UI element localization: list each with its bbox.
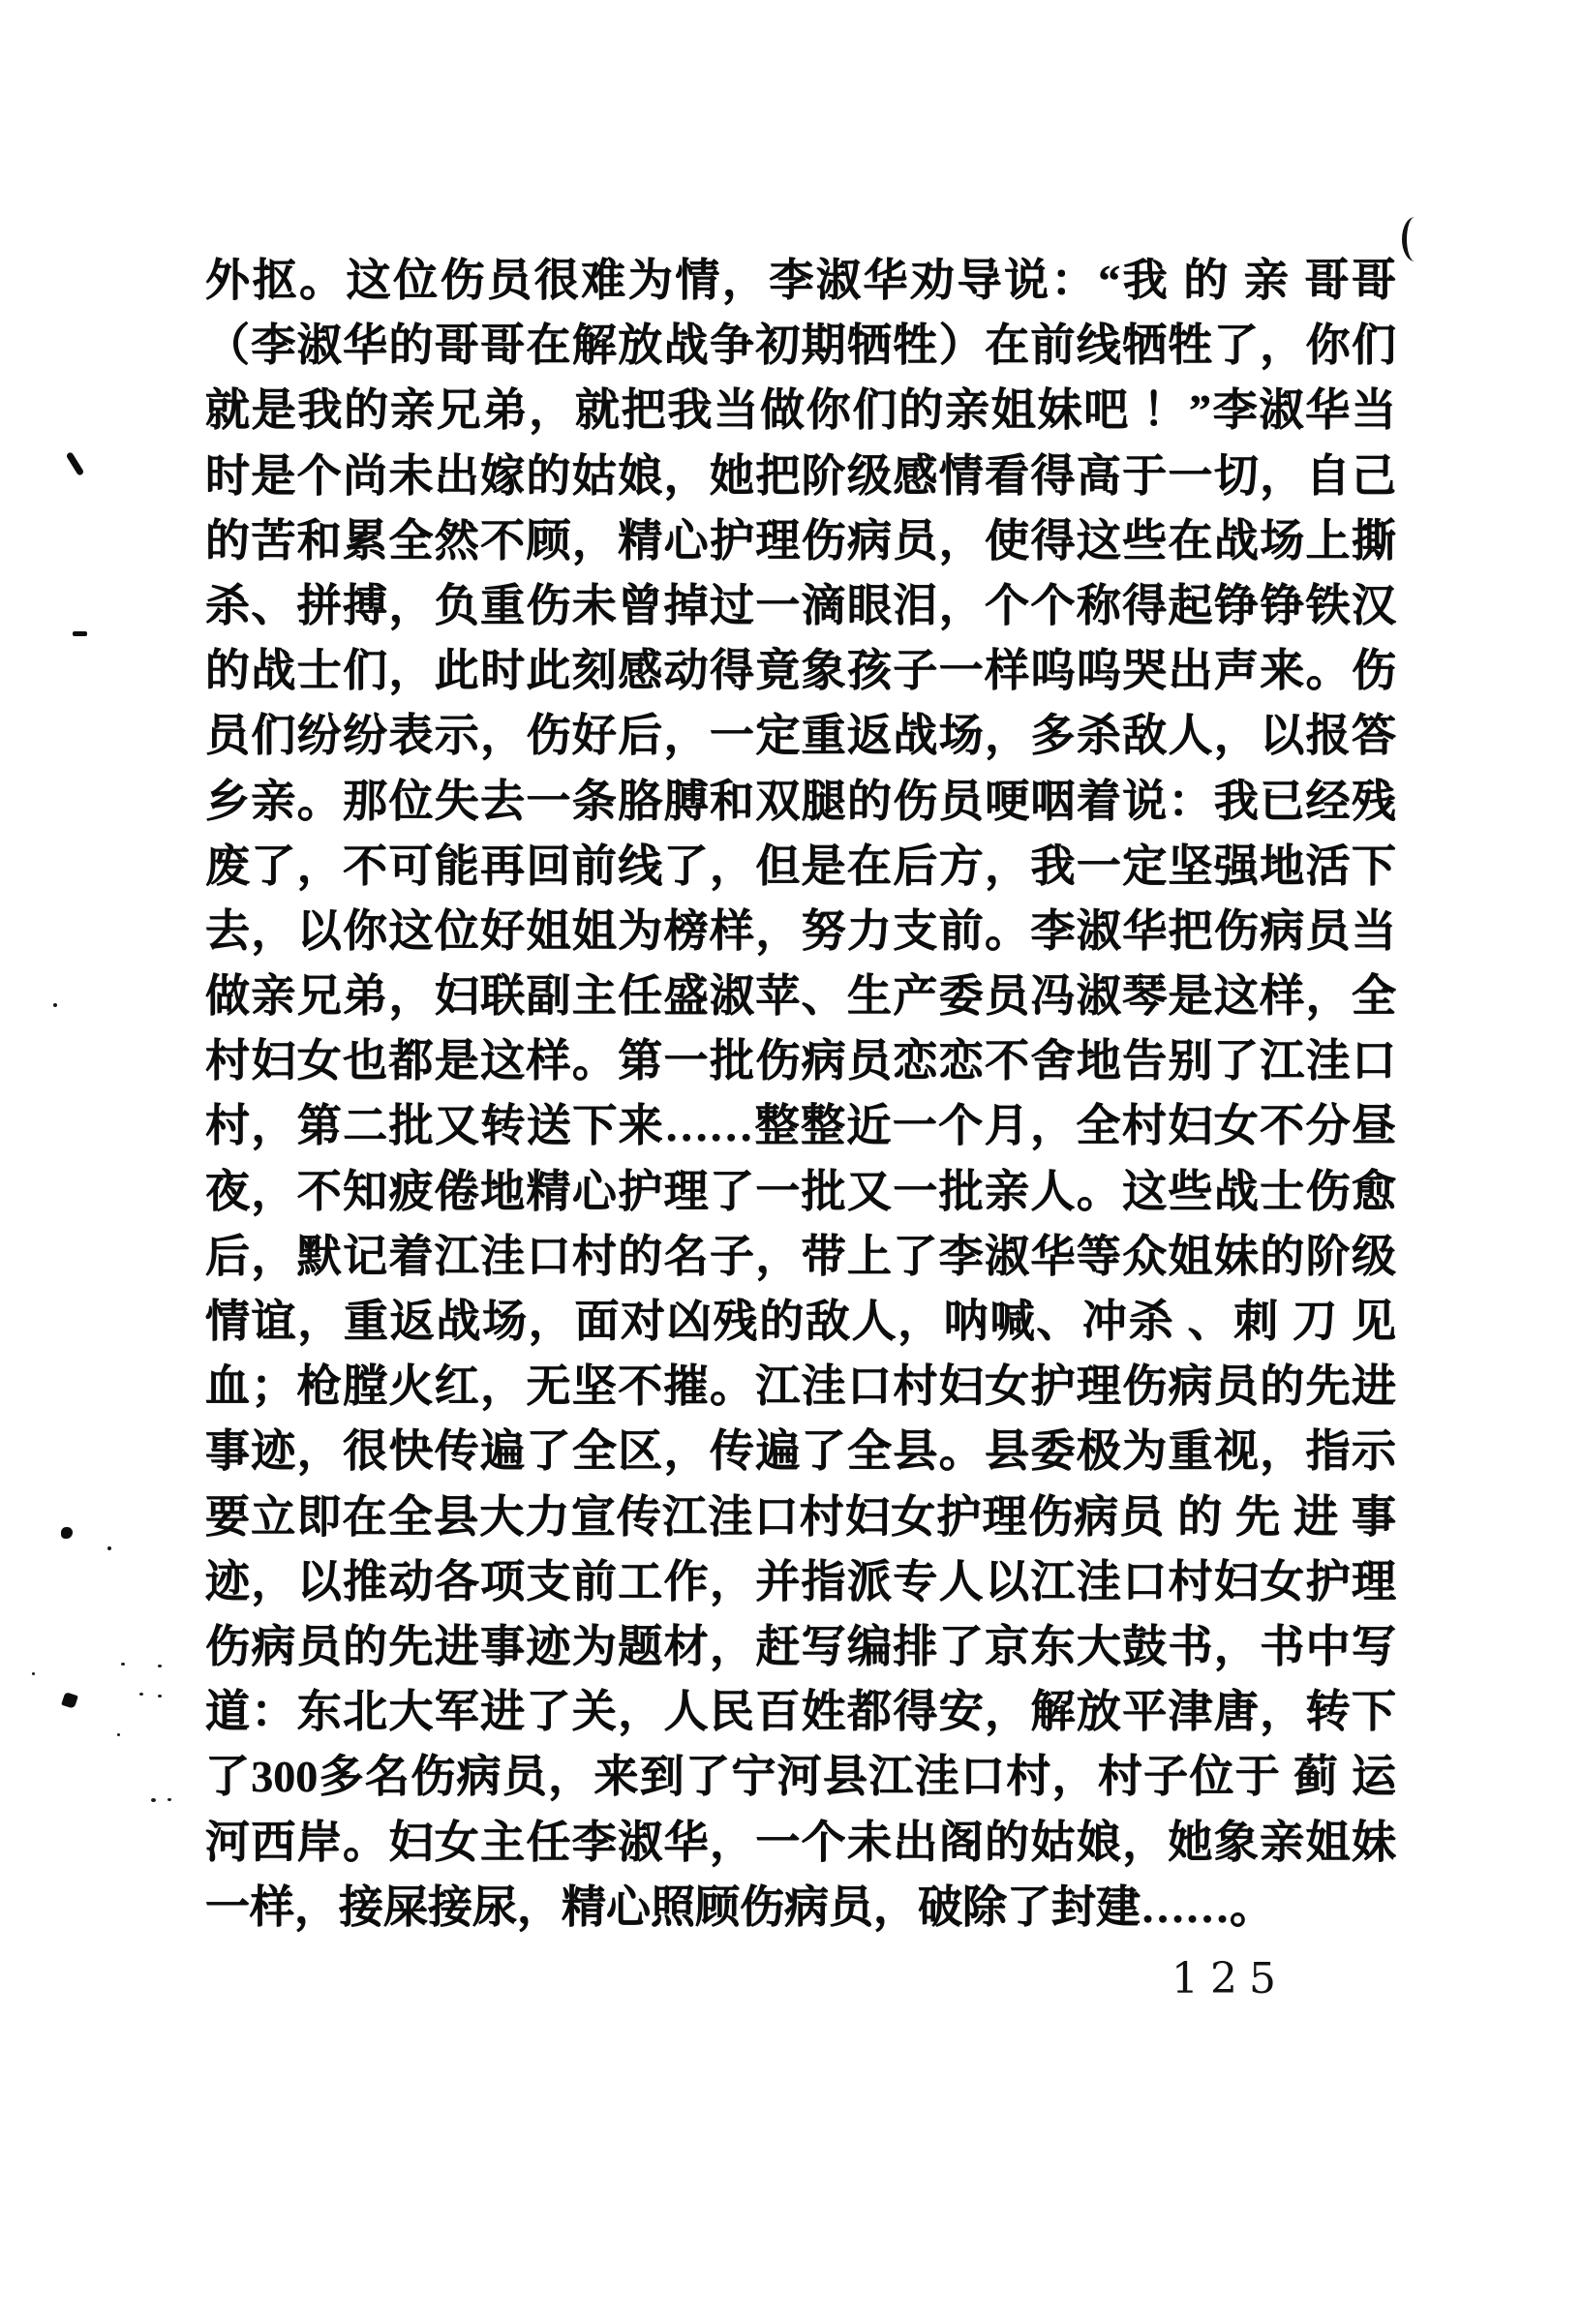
text-line: 夜，不知疲倦地精心护理了一批又一批亲人。这些战士伤愈 — [205, 1159, 1396, 1224]
scan-speck — [53, 1003, 57, 1007]
page-number: 125 — [1171, 1954, 1288, 2003]
text-line: 后，默记着江洼口村的名子，带上了李淑华等众姐妹的阶级 — [205, 1224, 1396, 1289]
text-line: （李淑华的哥哥在解放战争初期牺牲）在前线牺牲了，你们 — [205, 313, 1396, 378]
scan-speck — [158, 1665, 162, 1667]
scan-speck — [107, 1546, 111, 1550]
scan-speck — [158, 1695, 162, 1697]
scanned-book-page: 外抠。这位伤员很难为情，李淑华劝导说：“我 的 亲 哥哥 （李淑华的哥哥在解放战… — [0, 0, 1582, 2324]
text-line: 乡亲。那位失去一条胳膊和双腿的伤员哽咽着说：我已经残 — [205, 769, 1396, 834]
text-line: 去，以你这位好姐姐为榜样，努力支前。李淑华把伤病员当 — [205, 899, 1396, 963]
margin-tick-mark — [66, 451, 85, 476]
text-line: 的战士们，此时此刻感动得竟象孩子一样呜呜哭出声来。伤 — [205, 638, 1396, 703]
scan-artifact-paren — [1402, 217, 1420, 261]
text-line: 杀、拼搏，负重伤未曾掉过一滴眼泪，个个称得起铮铮铁汉 — [205, 573, 1396, 638]
text-line: 要立即在全县大力宣传江洼口村妇女护理伤病员 的 先 进 事 — [205, 1484, 1396, 1549]
text-line: 外抠。这位伤员很难为情，李淑华劝导说：“我 的 亲 哥哥 — [205, 248, 1396, 313]
text-line: 村妇女也都是这样。第一批伤病员恋恋不舍地告别了江洼口 — [205, 1028, 1396, 1093]
scan-speck — [32, 1672, 35, 1675]
text-line: 道：东北大军进了关，人民百姓都得安，解放平津唐，转下 — [205, 1679, 1396, 1744]
text-line: 情谊，重返战场，面对凶残的敌人，呐喊、冲杀 、刺 刀 见 — [205, 1289, 1396, 1354]
scan-speck — [117, 1733, 120, 1736]
scan-speck — [139, 1693, 143, 1696]
text-line: 的苦和累全然不顾，精心护理伤病员，使得这些在战场上撕 — [205, 508, 1396, 573]
text-line: 河西岸。妇女主任李淑华，一个未出阁的姑娘，她象亲姐妹 — [205, 1810, 1396, 1875]
text-line: 废了，不可能再回前线了，但是在后方，我一定坚强地活下 — [205, 834, 1396, 899]
scan-speck — [151, 1798, 156, 1802]
text-line: 就是我的亲兄弟，就把我当做你们的亲姐妹吧 ！”李淑华当 — [205, 378, 1396, 443]
text-line: 血；枪膛火红，无坚不摧。江洼口村妇女护理伤病员的先进 — [205, 1354, 1396, 1419]
text-line: 迹，以推动各项支前工作，并指派专人以江洼口村妇女护理 — [205, 1549, 1396, 1614]
margin-dash-mark — [73, 631, 87, 636]
text-line: 一样，接屎接尿，精心照顾伤病员，破除了封建……。 — [205, 1875, 1396, 1940]
margin-blot-mark — [61, 1692, 78, 1709]
margin-dot-mark — [61, 1527, 73, 1539]
scan-speck — [121, 1663, 125, 1666]
body-text-block: 外抠。这位伤员很难为情，李淑华劝导说：“我 的 亲 哥哥 （李淑华的哥哥在解放战… — [205, 248, 1396, 1940]
text-line: 事迹，很快传遍了全区，传遍了全县。县委极为重视，指示 — [205, 1419, 1396, 1483]
text-line: 村，第二批又转送下来……整整近一个月，全村妇女不分昼 — [205, 1093, 1396, 1158]
text-line: 了300多名伤病员，来到了宁河县江洼口村，村子位于 蓟 运 — [205, 1744, 1396, 1809]
text-line: 做亲兄弟，妇联副主任盛淑苹、生产委员冯淑琴是这样，全 — [205, 963, 1396, 1028]
text-line: 时是个尚未出嫁的姑娘，她把阶级感情看得高于一切，自己 — [205, 443, 1396, 508]
text-line: 伤病员的先进事迹为题材，赶写编排了京东大鼓书，书中写 — [205, 1614, 1396, 1679]
text-line: 员们纷纷表示，伤好后，一定重返战场，多杀敌人，以报答 — [205, 703, 1396, 768]
scan-speck — [167, 1798, 171, 1801]
